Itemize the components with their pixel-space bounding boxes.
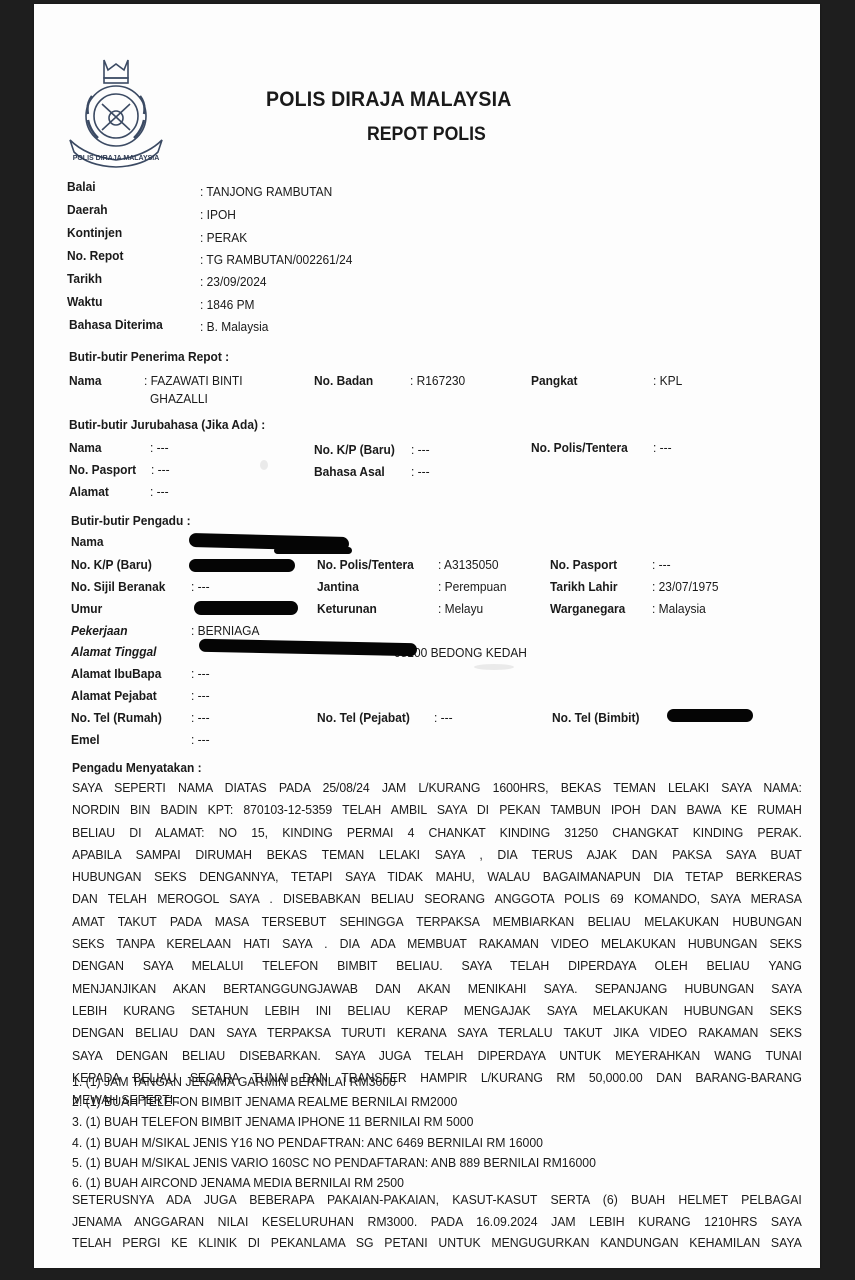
- statement-line: HUBUNGAN SEKS DENGANNYA, TETAPI SAYA TID…: [72, 866, 802, 888]
- field-value: : ---: [191, 732, 210, 747]
- field-value: : ---: [191, 688, 210, 703]
- field-label: Alamat IbuBapa: [71, 666, 161, 681]
- field-label: No. Polis/Tentera: [317, 557, 414, 572]
- field-value: : 1846 PM: [200, 297, 255, 312]
- field-label: Alamat: [69, 484, 109, 499]
- field-value: : TG RAMBUTAN/002261/24: [200, 252, 352, 267]
- statement-line: DENGAN BELIAU DAN SAYA TERPAKSA TURUTI K…: [72, 1022, 802, 1044]
- statement-line: MENJANJIKAN AKAN BERTANGGUNGJAWAB DAN AK…: [72, 978, 802, 1000]
- field-label: Umur: [71, 601, 102, 616]
- field-value: GHAZALLI: [150, 391, 208, 406]
- statement-line: TELAH PERGI KE KLINIK DI PEKANLAMA SG PE…: [72, 1232, 802, 1254]
- field-label: No. Badan: [314, 373, 373, 388]
- list-item: 4. (1) BUAH M/SIKAL JENIS Y16 NO PENDAFT…: [72, 1133, 596, 1153]
- complainant-heading: Butir-butir Pengadu :: [71, 513, 191, 528]
- paper-mark: [260, 460, 268, 470]
- statement-line: NORDIN BIN BADIN KPT: 870103-12-5359 TEL…: [72, 799, 802, 821]
- field-value: : ---: [191, 666, 210, 681]
- field-label: No. Pasport: [69, 462, 136, 477]
- statement-heading: Pengadu Menyatakan :: [72, 760, 202, 775]
- field-label: Bahasa Asal: [314, 464, 385, 479]
- statement-continuation: SETERUSNYA ADA JUGA BEBERAPA PAKAIAN-PAK…: [72, 1189, 802, 1254]
- field-label: Jantina: [317, 579, 359, 594]
- field-value: : Perempuan: [438, 579, 506, 594]
- field-value: : ---: [150, 484, 169, 499]
- interpreter-heading: Butir-butir Jurubahasa (Jika Ada) :: [69, 417, 265, 432]
- statement-line: SEKS TANPA KERELAAN HATI SAYA . DIA ADA …: [72, 933, 802, 955]
- statement-line: APABILA SAMPAI DIRUMAH BEKAS TEMAN LELAK…: [72, 844, 802, 866]
- field-value: : Melayu: [438, 601, 483, 616]
- document-title: REPOT POLIS: [367, 124, 486, 146]
- field-value: : B. Malaysia: [200, 319, 268, 334]
- field-value: : BERNIAGA: [191, 623, 259, 638]
- field-label: No. Sijil Beranak: [71, 579, 165, 594]
- field-label: No. Polis/Tentera: [531, 440, 628, 455]
- field-label: Nama: [69, 440, 102, 455]
- field-label: Alamat Tinggal: [71, 644, 157, 659]
- field-value: : ---: [191, 710, 210, 725]
- field-value: : ---: [652, 557, 671, 572]
- statement-line: DAN TELAH MEROGOL SAYA . DISEBABKAN BELI…: [72, 888, 802, 910]
- statement-line: SAYA DENGAN BELIAU DISEBARKAN. SAYA JUGA…: [72, 1045, 802, 1067]
- svg-text:POLIS DIRAJA MALAYSIA: POLIS DIRAJA MALAYSIA: [73, 155, 160, 162]
- field-value: : A3135050: [438, 557, 499, 572]
- statement-line: LEBIH KURANG SETAHUN LEBIH INI BELIAU KE…: [72, 1000, 802, 1022]
- field-label: Tarikh Lahir: [550, 579, 618, 594]
- items-list: 1. (1) JAM TANGAN JENAMA GARMIN BERNILAI…: [72, 1072, 635, 1193]
- field-label: Emel: [71, 732, 100, 747]
- field-label: Nama: [71, 534, 104, 549]
- statement-line: AMAT TAKUT PADA MASA TERSEBUT SEHINGGA T…: [72, 911, 802, 933]
- field-label: Daerah: [67, 202, 108, 217]
- receiver-heading: Butir-butir Penerima Repot :: [69, 349, 229, 364]
- field-label: Kontinjen: [67, 225, 122, 240]
- field-label: No. Repot: [67, 248, 123, 263]
- redaction-tel-bimbit: [667, 709, 753, 722]
- field-label: Pekerjaan: [71, 623, 128, 638]
- statement-line: BELIAU DI ALAMAT: NO 15, KINDING PERMAI …: [72, 822, 802, 844]
- field-value: : ---: [434, 710, 453, 725]
- redaction-umur: [194, 601, 298, 615]
- field-label: Tarikh: [67, 271, 102, 286]
- field-value: : IPOH: [200, 207, 236, 222]
- statement-line: DENGAN SAYA MELALUI TELEFON BIMBIT BELIA…: [72, 955, 802, 977]
- paper-mark: [474, 664, 514, 670]
- field-label: No. K/P (Baru): [314, 442, 395, 457]
- field-value: : ---: [411, 442, 430, 457]
- redaction-nama: [274, 547, 352, 554]
- field-value: : ---: [653, 440, 672, 455]
- field-label: Nama: [69, 373, 102, 388]
- field-label: Pangkat: [531, 373, 578, 388]
- field-label: No. Tel (Bimbit): [552, 710, 639, 725]
- field-value: : Malaysia: [652, 601, 706, 616]
- statement-line: SETERUSNYA ADA JUGA BEBERAPA PAKAIAN-PAK…: [72, 1189, 802, 1211]
- statement-body: SAYA SEPERTI NAMA DIATAS PADA 25/08/24 J…: [72, 777, 802, 1111]
- field-value: : ---: [150, 440, 169, 455]
- field-value: : TANJONG RAMBUTAN: [200, 184, 332, 199]
- field-label: Keturunan: [317, 601, 377, 616]
- field-value: : KPL: [653, 373, 682, 388]
- field-value: : R167230: [410, 373, 465, 388]
- agency-title: POLIS DIRAJA MALAYSIA: [266, 88, 512, 112]
- list-item: 5. (1) BUAH M/SIKAL JENIS VARIO 160SC NO…: [72, 1153, 596, 1173]
- field-value: : FAZAWATI BINTI: [144, 373, 243, 388]
- field-label: No. Tel (Pejabat): [317, 710, 410, 725]
- police-crest-icon: POLIS DIRAJA MALAYSIA: [66, 56, 166, 168]
- field-label: Alamat Pejabat: [71, 688, 157, 703]
- field-label: Bahasa Diterima: [69, 317, 163, 332]
- field-label: Balai: [67, 179, 96, 194]
- field-value: : ---: [411, 464, 430, 479]
- field-label: Waktu: [67, 294, 102, 309]
- field-value: : ---: [151, 462, 170, 477]
- list-item: 3. (1) BUAH TELEFON BIMBIT JENAMA IPHONE…: [72, 1112, 596, 1132]
- list-item: 2. (1) BUAH TELEFON BIMBIT JENAMA REALME…: [72, 1092, 596, 1112]
- police-report-document: POLIS DIRAJA MALAYSIA POLIS DIRAJA MALAY…: [34, 4, 820, 1268]
- statement-line: SAYA SEPERTI NAMA DIATAS PADA 25/08/24 J…: [72, 777, 802, 799]
- field-value: : ---: [191, 579, 210, 594]
- statement-line: JENAMA ANGGARAN NILAI KESELURUHAN RM3000…: [72, 1211, 802, 1233]
- field-value: : 23/07/1975: [652, 579, 719, 594]
- field-label: No. Tel (Rumah): [71, 710, 162, 725]
- field-label: Warganegara: [550, 601, 625, 616]
- redaction-kp: [189, 559, 295, 572]
- redaction-alamat: [199, 639, 417, 657]
- field-value: : PERAK: [200, 230, 247, 245]
- list-item: 1. (1) JAM TANGAN JENAMA GARMIN BERNILAI…: [72, 1072, 596, 1092]
- field-label: No. K/P (Baru): [71, 557, 152, 572]
- field-label: No. Pasport: [550, 557, 617, 572]
- field-value: : 23/09/2024: [200, 274, 267, 289]
